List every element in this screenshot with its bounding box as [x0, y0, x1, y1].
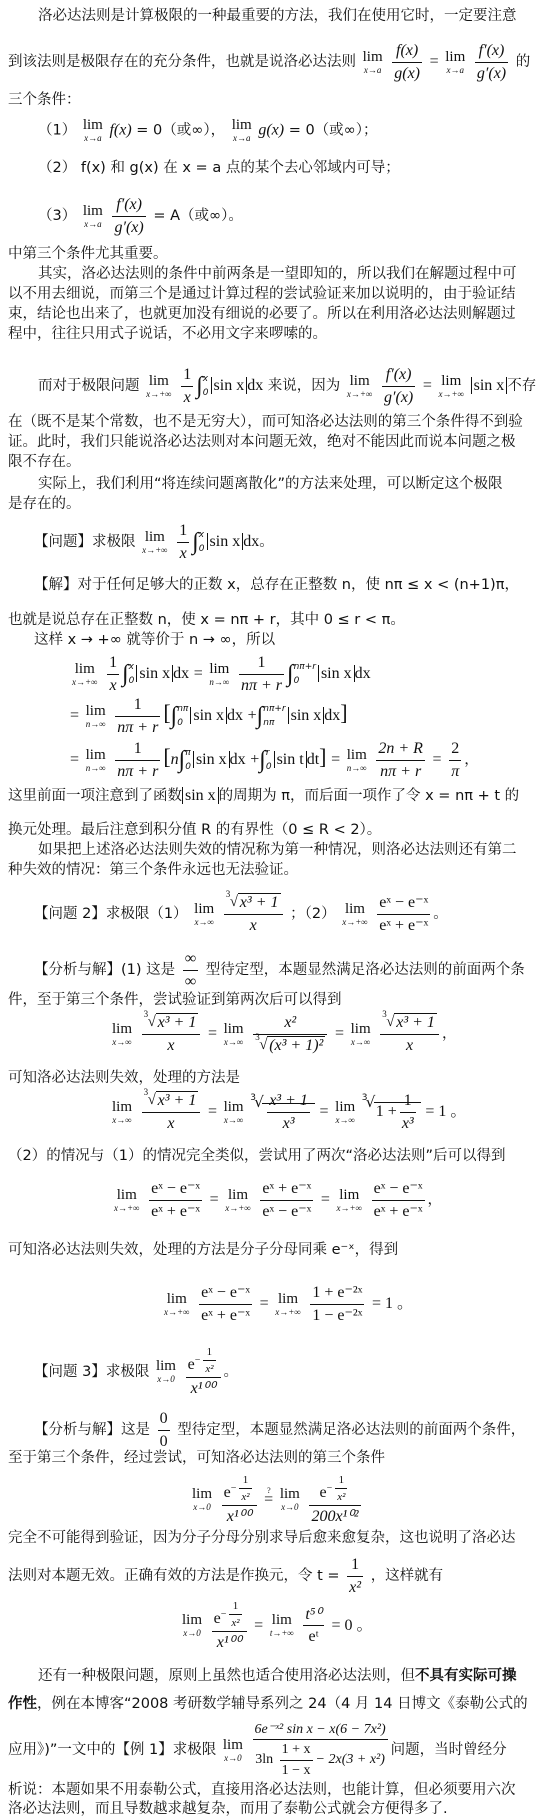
fraction-fprime-over-gprime: f′(x)g′(x) [382, 366, 415, 406]
lim-operator: limx→+∞ [72, 662, 97, 687]
equals-sign: = [430, 53, 439, 70]
fraction: 1x [107, 654, 119, 694]
problem-3: 【问题 3】求极限 limx→0 e−1x²x¹⁰⁰。 [34, 1346, 554, 1398]
condition-2: （2） f(x) 和 g(x) 在 x = a 点的某个去心邻域内可导； [8, 158, 554, 178]
paragraph-4-line-4: 限不存在。 [8, 452, 554, 472]
abs-sin-x: sin x [471, 377, 508, 394]
paragraph-5-line-1: 实际上，我们利用“将连续问题离散化”的方法来处理，可以断定这个极限 [8, 474, 554, 494]
fraction: 1nπ + r [239, 654, 284, 694]
bold-text: 作性 [8, 1696, 37, 1712]
problem-label: 【问题】求极限 [34, 534, 136, 550]
fraction-1-over-x: 1x [177, 522, 189, 562]
lim-operator: limx→a [83, 118, 103, 143]
derivation-2-row-1: limx→∞ 3√x³ + 1x = limx→∞ x²3√(x³ + 1)² … [110, 1014, 554, 1054]
math-gx: g(x) [258, 122, 284, 139]
text-span: 到该法则是极限存在的充分条件，也就是说洛必达法则 [8, 54, 356, 70]
solution-2-line-4: （2）的情况与（1）的情况完全类似，尝试用了两次“洛必达法则”后可以得到 [8, 1146, 554, 1166]
integral-sign: ∫ [196, 373, 203, 399]
lim-operator: limx→a [83, 204, 103, 229]
paragraph-2: 中第三个条件尤其重要。 [8, 244, 554, 264]
derivation-1-row-3: = limn→∞ 1nπ + r[n∫π0sin xdx +∫r0sin tdt… [70, 740, 554, 780]
problem-label: 【问题 3】求极限 [34, 1364, 149, 1380]
text-span: 不存 [507, 378, 536, 394]
solution-1-line-3: 这样 x → +∞ 就等价于 n → ∞，所以 [34, 630, 554, 650]
math-fx: f(x) [109, 122, 131, 139]
problem-2: 【问题 2】求极限（1） limx→∞ 3√x³ + 1x ；（2） limx→… [34, 894, 554, 934]
solution-3-line-4: 法则对本题无效。正确有效的方法是作换元，令 t = 1x² ，这样就有 [8, 1556, 554, 1596]
lim-operator: limx→+∞ [347, 374, 372, 399]
lim-operator: limx→+∞ [142, 530, 167, 555]
text-span: = 0（或∞）； [289, 123, 378, 139]
derivation-2-row-3: limx→+∞ eˣ − e⁻ˣeˣ + e⁻ˣ = limx→+∞ eˣ + … [112, 1180, 554, 1220]
lim-operator: limx→+∞ [439, 374, 464, 399]
integral-limits: x0 [203, 372, 209, 401]
paragraph-3-line-4: 程中，往往只用式子说话，不必用文字来啰嗦的。 [8, 324, 554, 344]
text-span: 而对于极限问题 [38, 378, 140, 394]
derivation-2-row-2: limx→∞ 3√x³ + 1x = limx→∞ 3√x³ + 1x³ = l… [110, 1092, 554, 1133]
integral-limits: x0 [199, 528, 205, 557]
lim-operator: limx→a [445, 50, 465, 75]
paragraph-intro-line-2: 到该法则是极限存在的充分条件，也就是说洛必达法则 limx→a f(x)g(x)… [8, 42, 554, 82]
solution-2-line-2: 件，至于第三个条件，尝试验证到第两次后可以得到 [8, 990, 554, 1010]
derivation-1-row-1: limx→+∞ 1x∫x0sin xdx = limn→∞ 1nπ + r∫nπ… [70, 654, 554, 694]
solution-3-line-3: 完全不可能得到验证，因为分子分母分别求导后愈来愈复杂，这也说明了洛必达 [8, 1528, 554, 1548]
equals-sign: = [423, 377, 432, 394]
paragraph-5-line-2: 是存在的。 [8, 494, 554, 514]
paragraph-4-line-2: 在（既不是某个常数，也不是无穷大），而可知洛必达法则的第三个条件得不到验 [8, 412, 554, 432]
lim-operator: limx→a [232, 118, 252, 143]
fraction-fprime-over-gprime: f′(x)g′(x) [112, 196, 145, 236]
paragraph-7-line-4: 析说：本题如果不用泰勒公式，直接用洛必达法则，也能计算，但必须要用六次 [8, 1780, 554, 1800]
text-span: = 0（或∞）， [136, 123, 225, 139]
text-span: = A（或∞）。 [153, 208, 243, 224]
solution-2-line-1: 【分析与解】(1) 这是 ∞∞ 型待定型，本题显然满足洛必达法则的前面两个条 [34, 950, 554, 990]
fraction-fprime-over-gprime: f′(x)g′(x) [475, 42, 508, 82]
condition-label: （3） [38, 208, 76, 224]
paragraph-4-line-1: 而对于极限问题 limx→+∞ 1x∫x0sin xdx 来说，因为 limx→… [8, 366, 554, 406]
lim-operator: limn→∞ [209, 662, 229, 687]
text-span: 。 [259, 534, 274, 550]
paragraph-7-line-3: 应用》)”一文中的【例 1】求极限 limx→0 6e⁻ˣ² sin x − x… [8, 1722, 554, 1778]
solution-3-line-1: 【分析与解】这是 00 型待定型，本题显然满足洛必达法则的前面两个条件， [34, 1410, 554, 1450]
problem-label: 【问题 2】求极限（1） [34, 906, 188, 922]
lim-operator: limx→+∞ [146, 374, 171, 399]
paragraph-3-line-1: 其实，洛必达法则的条件中前两条是一望即知的，所以我们在解题过程中可 [8, 264, 554, 284]
derivation-3-row-1: limx→0 e−1x²x¹⁰⁰ ?= limx→0 e−1x²200x¹⁰² [190, 1474, 554, 1526]
after-derivation-1-line-1: 这里前面一项注意到了函数sin x的周期为 π，而后面一项作了令 x = nπ … [8, 786, 554, 806]
paragraph-3-line-2: 以不用去细说，而第三个是通过计算过程的尝试验证来加以说明的，由于验证结 [8, 284, 554, 304]
text-span: 的 [516, 54, 531, 70]
condition-1: （1） limx→a f(x) = 0（或∞）， limx→a g(x) = 0… [8, 118, 554, 143]
paragraph-intro-line-1: 洛必达法则是计算极限的一种最重要的方法，我们在使用它时，一定要注意 [8, 6, 554, 26]
derivation-2-row-4: limx→+∞ eˣ − e⁻ˣeˣ + e⁻ˣ = limx→+∞ 1 + e… [162, 1284, 554, 1324]
fraction-f-over-g: f(x)g(x) [392, 42, 422, 82]
text-span: 来说，因为 [268, 378, 341, 394]
problem-1: 【问题】求极限 limx→+∞ 1x∫x0sin xdx。 [34, 522, 554, 562]
solution-2-line-3: 可知洛必达法则失效，处理的方法是 [8, 1068, 554, 1088]
bold-text: 不具有实际可操 [415, 1668, 517, 1684]
differential: dx [247, 377, 263, 394]
paragraph-6-line-1: 如果把上述洛必达法则失效的情况称为第一种情况，则洛必达法则还有第二 [8, 840, 554, 860]
abs-sin-x: sin x [207, 533, 244, 550]
paragraph-7-line-1: 还有一种极限问题，原则上虽然也适合使用洛必达法则，但不具有实际可操 [8, 1666, 554, 1686]
abs-sin-x: sin x [211, 377, 248, 394]
paragraph-4-line-3: 证。此时，我们只能说洛必达法则对本问题无效，绝对不能因此而说本问题之极 [8, 432, 554, 452]
lim-operator: limx→a [363, 50, 383, 75]
derivation-1-row-2: = limn→∞ 1nπ + r[∫nπ0sin xdx +∫nπ+rnπsin… [70, 696, 554, 736]
solution-2-line-5: 可知洛必达法则失效，处理的方法是分子分母同乘 e⁻ˣ，得到 [8, 1240, 554, 1260]
after-derivation-1-line-2: 换元处理。最后注意到积分值 R 的有界性（0 ≤ R < 2）。 [8, 820, 554, 840]
paragraph-intro-line-3: 三个条件： [8, 90, 554, 110]
solution-1-line-1: 【解】对于任何足够大的正数 x，总存在正整数 n，使 nπ ≤ x < (n+1… [34, 575, 554, 595]
paragraph-7-line-2: 作性，例在本博客“2008 考研数学辅导系列之 24（4 月 14 日博文《泰勒… [8, 1694, 554, 1714]
condition-label: （1） [38, 123, 76, 139]
paragraph-3-line-3: 束，结论也出来了，也就更加没有细说的必要了。所以在利用洛必达法则解题过 [8, 304, 554, 324]
solution-3-line-2: 至于第三个条件，经过尝试，可知洛必达法则的第三个条件 [8, 1448, 554, 1468]
integral-sign: ∫ [192, 529, 199, 555]
abs-sin-x: sin x [182, 787, 219, 804]
condition-3: （3） limx→a f′(x)g′(x) = A（或∞）。 [8, 196, 554, 236]
differential: dx [243, 533, 259, 550]
paragraph-7-line-5: 洛必达法则，而且导数越求越复杂，而用了泰勒公式就会方便得多了. [8, 1799, 554, 1819]
solution-1-line-2: 也就是说总存在正整数 n，使 x = nπ + r，其中 0 ≤ r < π。 [8, 610, 554, 630]
derivation-3-row-2: limx→0 e−1x²x¹⁰⁰ = limt→+∞ t⁵⁰eᵗ = 0 。 [180, 1600, 554, 1652]
paragraph-6-line-2: 种失效的情况：第三个条件永远也无法验证。 [8, 860, 554, 880]
fraction-1-over-x: 1x [181, 366, 193, 406]
